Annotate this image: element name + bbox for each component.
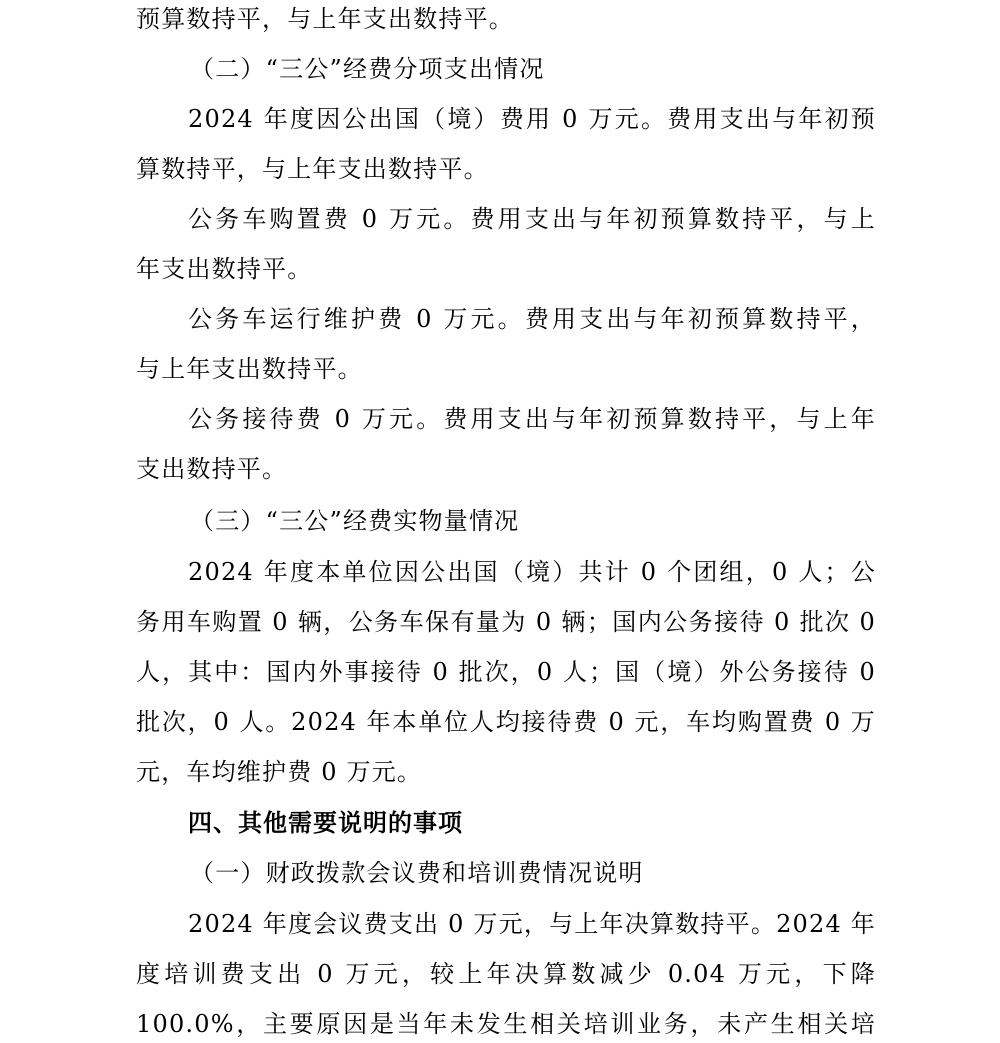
paragraph-official-reception: 公务接待费 0 万元。费用支出与年初预算数持平，与上年 bbox=[188, 394, 876, 444]
paragraph-physical-quantities: 2024 年度本单位因公出国（境）共计 0 个团组，0 人；公 bbox=[188, 547, 876, 597]
text-line-continuation: 100.0%，主要原因是当年未发生相关培训业务，未产生相关培 bbox=[136, 999, 876, 1043]
section-heading-other-matters: 四、其他需要说明的事项 bbox=[188, 798, 463, 848]
text-line-continuation: 与上年支出数持平。 bbox=[136, 344, 363, 394]
text-line-continuation: 度培训费支出 0 万元，较上年决算数减少 0.04 万元，下降 bbox=[136, 949, 876, 999]
text-line-continuation: 批次，0 人。2024 年本单位人均接待费 0 元，车均购置费 0 万 bbox=[136, 697, 876, 747]
text-line-continuation: 算数持平，与上年支出数持平。 bbox=[136, 144, 489, 194]
text-line-continuation: 支出数持平。 bbox=[136, 444, 287, 494]
paragraph-vehicle-maintenance: 公务车运行维护费 0 万元。费用支出与年初预算数持平， bbox=[188, 294, 876, 344]
text-line-continuation: 务用车购置 0 辆，公务车保有量为 0 辆；国内公务接待 0 批次 0 bbox=[136, 597, 876, 647]
text-line-continuation: 预算数持平，与上年支出数持平。 bbox=[136, 0, 514, 44]
text-line-continuation: 元，车均维护费 0 万元。 bbox=[136, 747, 422, 797]
paragraph-vehicle-purchase: 公务车购置费 0 万元。费用支出与年初预算数持平，与上 bbox=[188, 194, 876, 244]
subheading-meeting-training: （一）财政拨款会议费和培训费情况说明 bbox=[190, 848, 644, 898]
subheading-sanggong-itemized: （二）“三公”经费分项支出情况 bbox=[190, 44, 545, 94]
text-line-continuation: 年支出数持平。 bbox=[136, 244, 312, 294]
paragraph-meeting-training-fees: 2024 年度会议费支出 0 万元，与上年决算数持平。2024 年 bbox=[188, 899, 876, 949]
subheading-sanggong-physical: （三）“三公”经费实物量情况 bbox=[190, 496, 519, 546]
text-line-continuation: 人，其中：国内外事接待 0 批次，0 人；国（境）外公务接待 0 bbox=[136, 647, 876, 697]
paragraph-overseas-travel: 2024 年度因公出国（境）费用 0 万元。费用支出与年初预 bbox=[188, 94, 876, 144]
